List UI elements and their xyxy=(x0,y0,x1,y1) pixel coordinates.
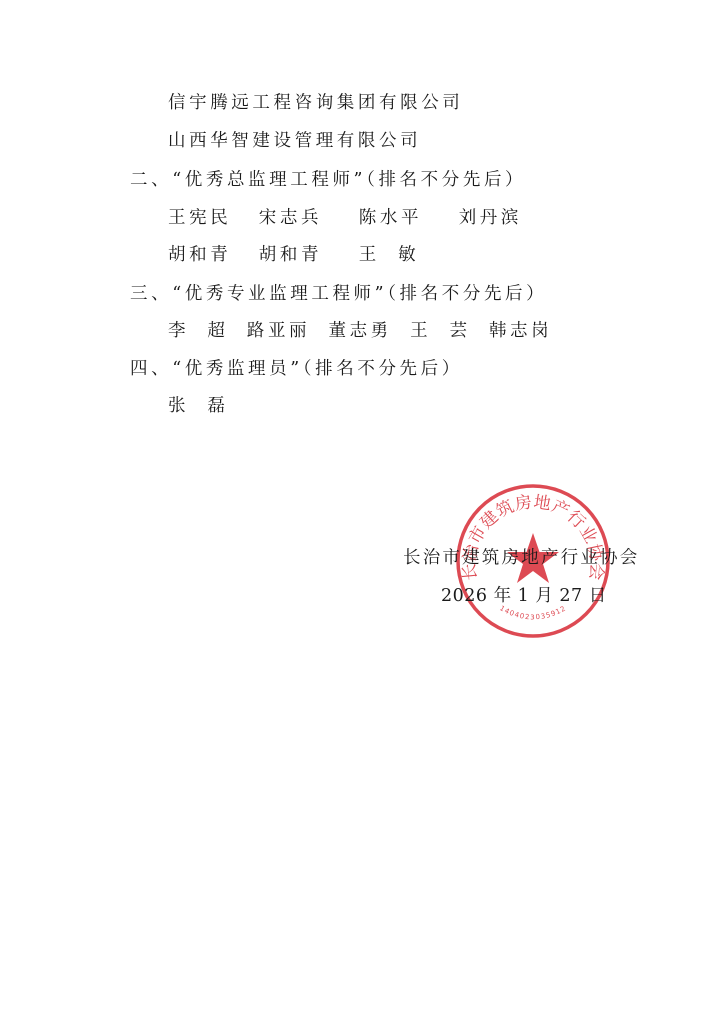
section-heading-specialist-supervisor: 三、“优秀专业监理工程师”（排名不分先后） xyxy=(130,283,547,305)
names-row: 张 磊 xyxy=(168,395,229,417)
signing-organization: 长治市建筑房地产行业协会 xyxy=(403,547,639,569)
section-heading-supervisor: 四、“优秀监理员”（排名不分先后） xyxy=(130,358,463,380)
signing-date: 2026 年 1 月 27 日 xyxy=(441,585,607,607)
company-name-line: 信宇腾远工程咨询集团有限公司 xyxy=(168,92,463,114)
company-name-line: 山西华智建设管理有限公司 xyxy=(168,130,421,152)
names-row: 王宪民 宋志兵 陈水平 刘丹滨 xyxy=(168,207,522,229)
section-heading-chief-supervisor: 二、“优秀总监理工程师”（排名不分先后） xyxy=(130,169,526,191)
names-row: 李 超 路亚丽 董志勇 王 芸 韩志岗 xyxy=(168,320,552,342)
document-page: 信宇腾远工程咨询集团有限公司 山西华智建设管理有限公司 二、“优秀总监理工程师”… xyxy=(0,0,720,1018)
names-row: 胡和青 胡和青 王 敏 xyxy=(168,244,419,266)
